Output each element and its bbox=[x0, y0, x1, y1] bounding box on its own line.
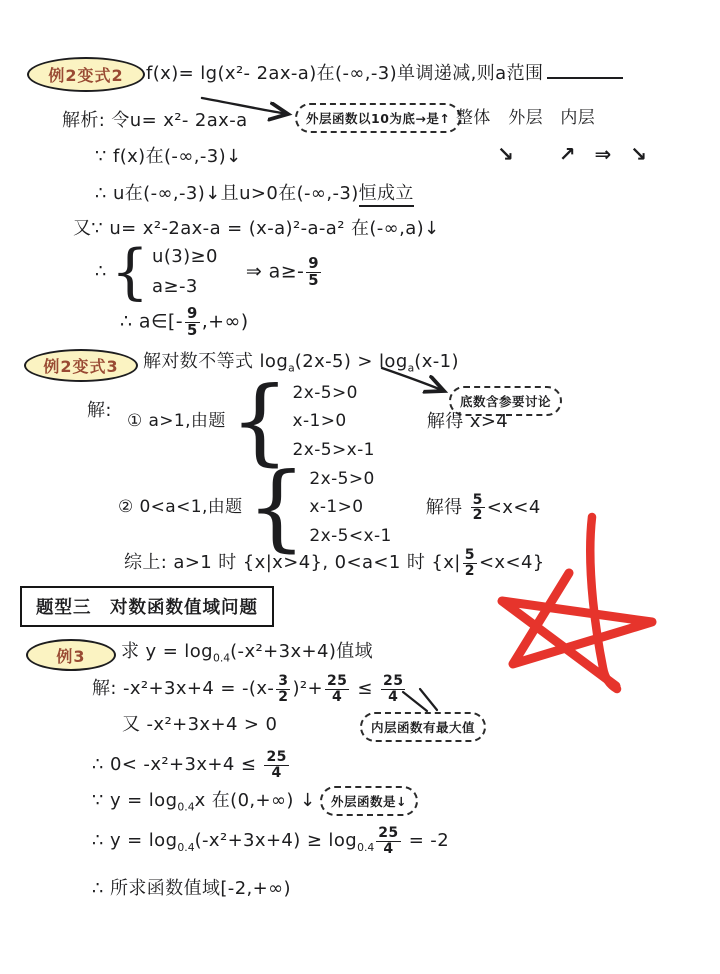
ex3-step5: ∴ y = log0.4(-x²+3x+4) ≥ log0.4254 = -2 bbox=[92, 826, 449, 856]
ex3-step4: ∵ y = log0.4x 在(0,+∞) ↓ bbox=[92, 790, 315, 814]
brace-icon: { bbox=[247, 468, 307, 548]
ex3-step2: 又 -x²+3x+4 > 0 bbox=[122, 714, 277, 737]
ex2v3-case2-result: 解得 52<x<4 bbox=[426, 493, 541, 523]
ex2v3-label: 例2变式3 bbox=[43, 354, 118, 377]
ex2v3-case1-system: ① a>1,由题 { 2x-5>0 x-1>0 2x-5>x-1 解得 x>4 bbox=[127, 382, 508, 462]
ex2v2-problem-text: f(x)= lg(x²- 2ax-a)在(-∞,-3)单调递减,则a范围 bbox=[146, 63, 543, 84]
ex3-step1: 解: -x²+3x+4 = -(x-32)²+254 ≤ 254 bbox=[92, 674, 407, 704]
ex2v2-conclusion: ∴ a∈[-95,+∞) bbox=[120, 306, 249, 338]
ex2v3-case1-intro: ① a>1,由题 bbox=[127, 411, 226, 432]
ex2v3-label-oval: 例2变式3 bbox=[24, 349, 138, 382]
ex2v2-outer-note-bubble: 外层函数以10为底→是↑ bbox=[295, 103, 461, 133]
system-row: 2x-5<x-1 bbox=[309, 526, 391, 547]
ex2v3-case2-intro: ② 0<a<1,由题 bbox=[118, 497, 243, 518]
ex2v3-case1-rows: 2x-5>0 x-1>0 2x-5>x-1 bbox=[293, 383, 375, 461]
ex3-label: 例3 bbox=[56, 644, 85, 667]
ex3-inner-note-bubble: 内层函数有最大值 bbox=[360, 712, 486, 742]
system-row: x-1>0 bbox=[309, 497, 391, 518]
ex2v2-system-result: ⇒ a≥-95 bbox=[246, 256, 323, 288]
therefore-symbol: ∴ bbox=[95, 261, 107, 284]
ex2v3-case2-rows: 2x-5>0 x-1>0 2x-5<x-1 bbox=[309, 469, 391, 547]
ex2v2-label-oval: 例2变式2 bbox=[27, 57, 145, 92]
notes-page: { "colors": { "ink": "#1d1d1f", "red_mar… bbox=[0, 0, 720, 974]
ex2v3-case1-result: 解得 x>4 bbox=[427, 411, 508, 434]
ex2v3-case2-system: ② 0<a<1,由题 { 2x-5>0 x-1>0 2x-5<x-1 解得 52… bbox=[118, 468, 541, 548]
ex2v2-label: 例2变式2 bbox=[48, 63, 123, 86]
connector-to-inner-note-b bbox=[420, 689, 437, 710]
ex3-title: 求 y = log0.4(-x²+3x+4)值域 bbox=[121, 641, 373, 665]
ex3-step3: ∴ 0< -x²+3x+4 ≤ 254 bbox=[92, 750, 291, 780]
system-row: u(3)≥0 bbox=[152, 246, 218, 269]
brace-icon: { bbox=[230, 382, 290, 462]
ex2v2-problem: f(x)= lg(x²- 2ax-a)在(-∞,-3)单调递减,则a范围 bbox=[146, 61, 623, 86]
ex2v3-title: 解对数不等式 loga(2x-5) > loga(x-1) bbox=[143, 351, 459, 375]
system-row: a≥-3 bbox=[152, 276, 218, 299]
ex2v3-summary: 综上: a>1 时 {x|x>4}, 0<a<1 时 {x|52<x<4} bbox=[124, 548, 545, 578]
red-star bbox=[502, 573, 652, 686]
ex2v2-step-fx: ∵ f(x)在(-∞,-3)↓ bbox=[95, 146, 242, 169]
ex3-label-oval: 例3 bbox=[26, 639, 116, 671]
blank-underline bbox=[547, 61, 623, 79]
ex2v2-analysis: 解析: 令u= x²- 2ax-a bbox=[62, 110, 248, 133]
topic3-heading-box: 题型三 对数函数值域问题 bbox=[20, 586, 274, 627]
ex3-step6: ∴ 所求函数值域[-2,+∞) bbox=[92, 878, 291, 901]
ex2v2-monotonic-arrows: ↘ ↗ ⇒ ↘ bbox=[497, 138, 653, 167]
ex2v2-system-rows: u(3)≥0 a≥-3 bbox=[152, 246, 218, 298]
ex2v2-system: ∴ { u(3)≥0 a≥-3 ⇒ a≥-95 bbox=[95, 246, 323, 298]
ex2v2-step-u: ∴ u在(-∞,-3)↓且u>0在(-∞,-3)恒成立 bbox=[95, 183, 414, 206]
brace-icon: { bbox=[111, 247, 149, 298]
system-row: 2x-5>0 bbox=[309, 469, 391, 490]
ex3-outer-note-bubble: 外层函数是↓ bbox=[320, 786, 418, 816]
red-star-line bbox=[590, 517, 617, 689]
ex2v2-monotonic-columns: 整体 外层 内层 bbox=[456, 108, 595, 129]
ex2v3-solve-label: 解: bbox=[87, 400, 112, 423]
system-row: 2x-5>0 bbox=[293, 383, 375, 404]
system-row: x-1>0 bbox=[293, 411, 375, 432]
